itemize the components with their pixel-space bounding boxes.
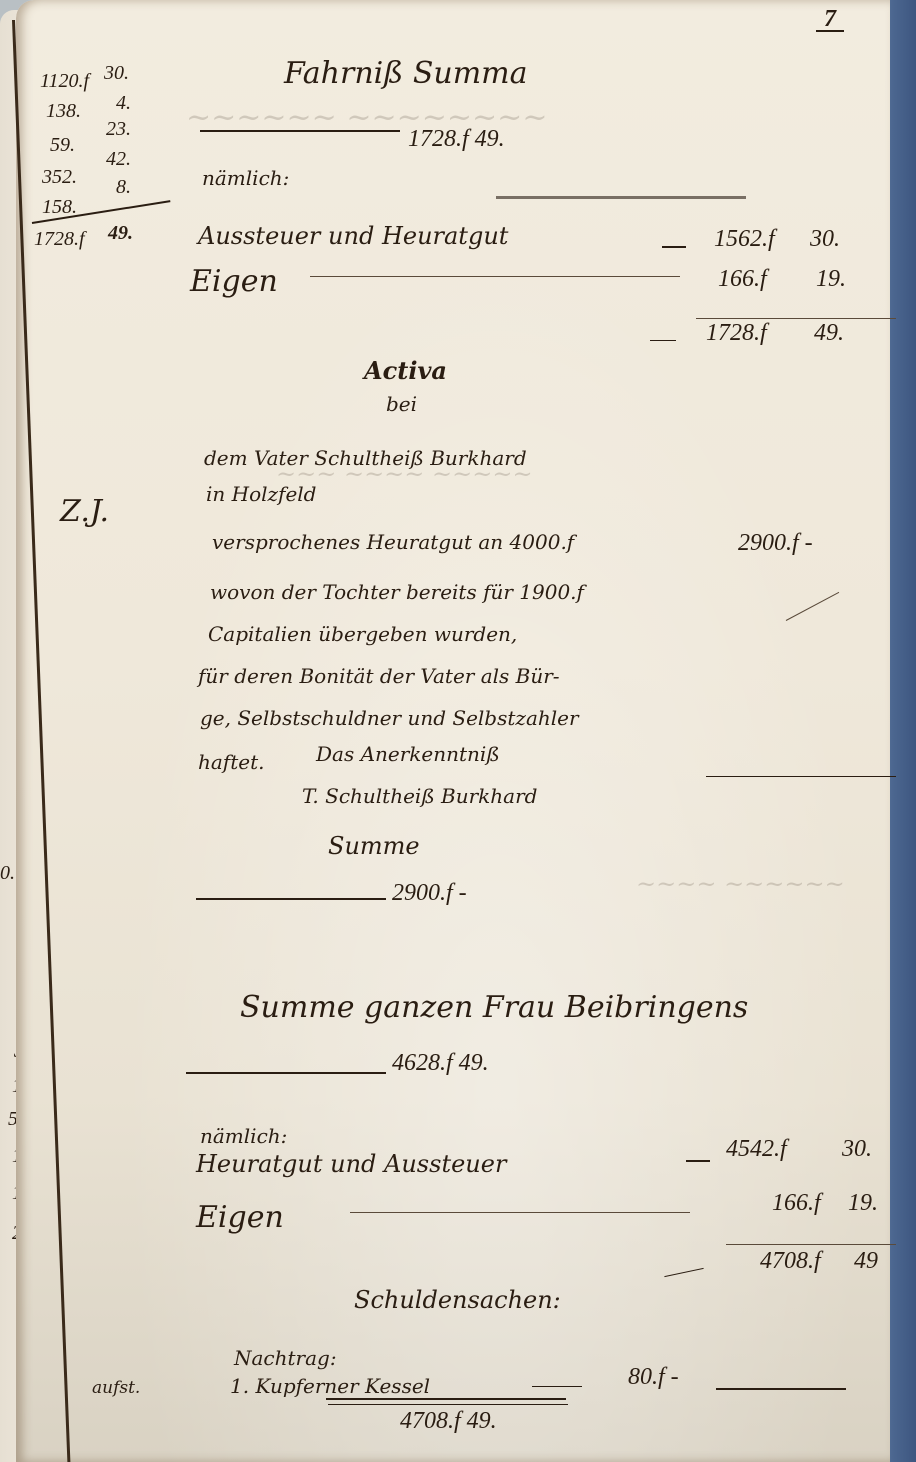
line-label: Eigen	[190, 264, 278, 299]
total-lead-line	[196, 898, 386, 900]
subtotal-kreuzer: 49.	[814, 320, 844, 347]
lead-line	[310, 276, 680, 277]
activa-line: ge, Selbstschuldner und Selbstzahler	[200, 706, 579, 730]
activa-heading: Activa	[364, 356, 447, 385]
section-total: 4628.f 49.	[392, 1050, 489, 1077]
margin-mark: Z.J.	[60, 494, 109, 529]
dash	[650, 340, 676, 341]
addendum-label: Nachtrag:	[234, 1346, 337, 1370]
activa-line: versprochenes Heuratgut an 4000.f	[212, 530, 574, 554]
activa-line: Capitalien übergeben wurden,	[208, 622, 517, 646]
margin-kreuzer: 30.	[104, 62, 129, 85]
margin-kreuzer: 8.	[116, 176, 131, 199]
dash	[686, 1160, 710, 1162]
line-label: Eigen	[196, 1200, 284, 1235]
line-kreuzer: 30.	[810, 226, 840, 253]
lead-line	[350, 1212, 690, 1213]
section-heading: Fahrniß Summa	[284, 56, 527, 91]
activa-line: wovon der Tochter bereits für 1900.f	[210, 580, 584, 604]
margin-kreuzer: 42.	[106, 148, 131, 171]
activa-line: Das Anerkenntniß	[316, 742, 500, 766]
activa-line: haftet.	[198, 750, 264, 774]
subtotal-gulden: 4708.f	[760, 1248, 821, 1275]
activa-rule	[706, 776, 896, 777]
subtotal-gulden: 1728.f	[706, 320, 767, 347]
page-number: 7	[824, 6, 836, 33]
line-gulden: 1562.f	[714, 226, 775, 253]
namely-label: nämlich:	[200, 1124, 287, 1148]
debts-heading: Schuldensachen:	[354, 1286, 561, 1314]
debt-line-label: 1. Kupferner Kessel	[230, 1374, 430, 1398]
total-double-rule	[326, 1398, 566, 1400]
section-heading: Summe ganzen Frau Beibringens	[240, 990, 748, 1025]
margin-gulden: 1120.f	[40, 70, 89, 93]
margin-kreuzer: 23.	[106, 118, 131, 141]
left-column-value: 0.	[0, 862, 15, 885]
flourish	[716, 1388, 846, 1390]
line-gulden: 4542.f	[726, 1136, 787, 1163]
debt-line-amount: 80.f -	[628, 1364, 679, 1391]
activa-sub: bei	[386, 392, 417, 416]
activa-line: für deren Bonität der Vater als Bür-	[198, 664, 560, 688]
margin-gulden: 59.	[50, 134, 75, 157]
margin-kreuzer: 4.	[116, 92, 131, 115]
margin-total-kreuzer: 49.	[108, 222, 133, 245]
sum-value: 2900.f -	[392, 880, 467, 907]
line-kreuzer: 30.	[842, 1136, 872, 1163]
page-number-underline	[816, 30, 844, 32]
final-total: 4708.f 49.	[400, 1408, 497, 1435]
dash	[532, 1386, 582, 1387]
margin-gulden: 138.	[46, 100, 81, 123]
section-total: 1728.f 49.	[408, 126, 505, 153]
line-gulden: 166.f	[718, 266, 767, 293]
activa-line: dem Vater Schultheiß Burkhard	[204, 446, 527, 470]
sum-label: Summe	[328, 832, 420, 860]
line-kreuzer: 19.	[816, 266, 846, 293]
line-kreuzer: 19.	[848, 1190, 878, 1217]
line-gulden: 166.f	[772, 1190, 821, 1217]
margin-total-gulden: 1728.f	[34, 228, 85, 251]
margin-note: aufst.	[92, 1378, 140, 1398]
dash	[662, 246, 686, 248]
margin-gulden: 352.	[42, 166, 77, 189]
line-label: Heuratgut und Aussteuer	[196, 1150, 506, 1178]
total-lead-line	[200, 130, 400, 132]
subtotal-rule	[726, 1244, 896, 1245]
double-stroke	[664, 1268, 703, 1277]
line-label: Aussteuer und Heuratgut	[198, 222, 508, 250]
ledger-page: ~~~~~~ ~~~~~~~~ ~~~ ~~~~ ~~~~~ ~~~~ ~~~~…	[16, 0, 890, 1462]
subtotal-kreuzer: 49	[854, 1248, 878, 1275]
stroke	[786, 592, 839, 621]
bleed-through: ~~~~ ~~~~~~	[636, 870, 845, 898]
decor-rule	[496, 196, 746, 199]
total-lead-line	[186, 1072, 386, 1074]
namely-label: nämlich:	[202, 166, 289, 190]
subtotal-rule	[696, 318, 896, 319]
activa-signature: T. Schultheiß Burkhard	[302, 784, 537, 808]
activa-line: in Holzfeld	[206, 482, 317, 506]
total-double-rule	[328, 1404, 568, 1405]
activa-amount: 2900.f -	[738, 530, 813, 557]
